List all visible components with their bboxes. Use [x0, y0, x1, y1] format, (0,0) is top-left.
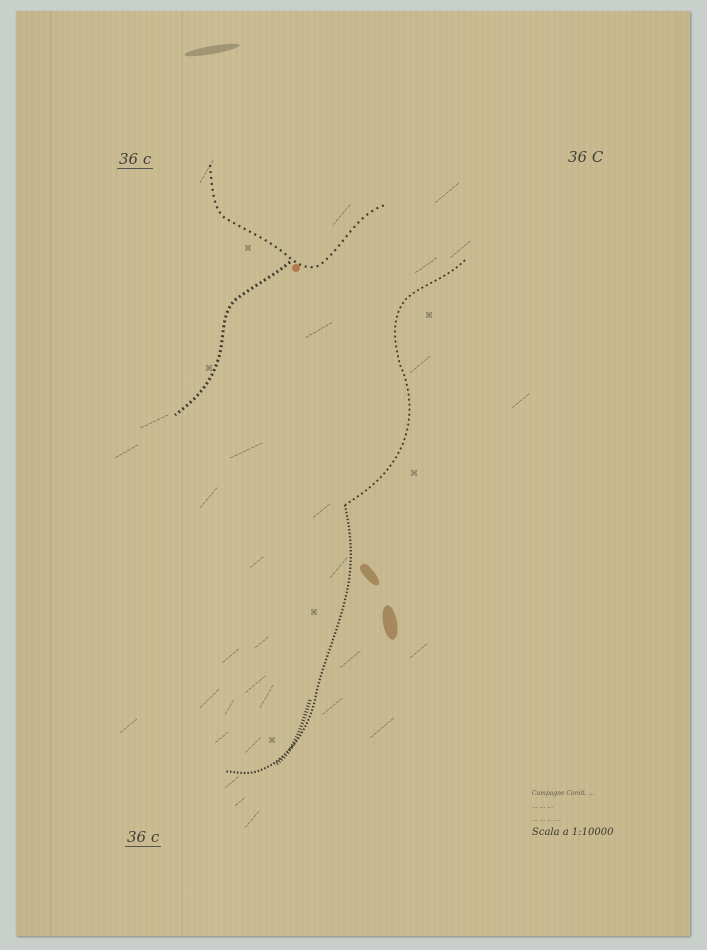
map-symbol-icon: ⌘ [410, 469, 418, 478]
scale-note-line: ... ... ... ... [532, 813, 642, 826]
scale-note: Campagne Comit. ... ... ... ... ... ... … [532, 787, 642, 840]
map-symbol-icon: ⌘ [310, 608, 318, 617]
map-symbol-icon: ⌘ [244, 244, 252, 253]
scale-text: Scala a 1:10000 [532, 826, 642, 840]
map-symbol-icon: ⌘ [425, 311, 433, 320]
sheet-number-top-left: 36 c [117, 150, 153, 169]
sheet-number-bottom-left: 36 c [125, 828, 161, 847]
map-symbol-icon: ⌘ [268, 736, 276, 745]
scale-note-line: ... ... ... [532, 800, 642, 813]
scale-note-line: Campagne Comit. ... [532, 787, 642, 800]
map-symbol-icon: ⌘ [205, 364, 213, 373]
sheet-number-top-right: 36 C [566, 148, 605, 166]
